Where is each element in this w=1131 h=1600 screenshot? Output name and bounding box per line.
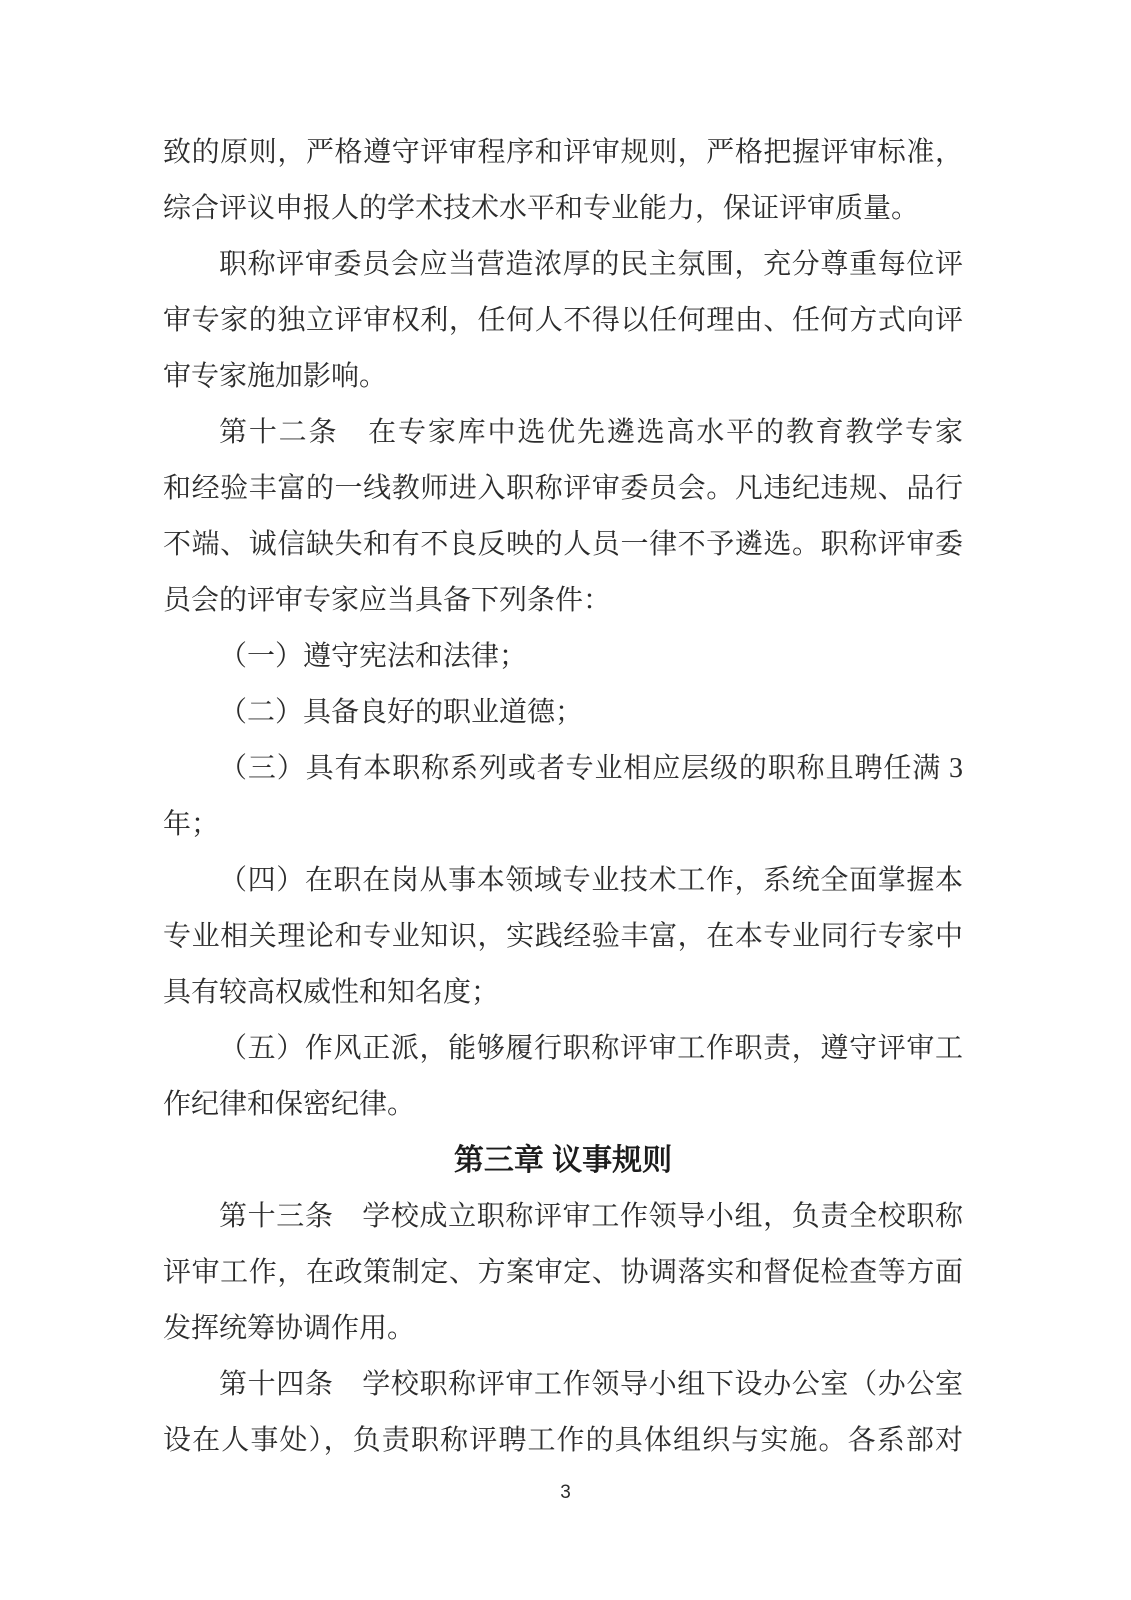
page-footer: 3 (0, 1482, 1131, 1504)
doc-line: 不端、诚信缺失和有不良反映的人员一律不予遴选。职称评审委 (163, 517, 963, 573)
doc-line-item-2: （二）具备良好的职业道德； (163, 685, 963, 741)
doc-line: 和经验丰富的一线教师进入职称评审委员会。凡违纪违规、品行 (163, 461, 963, 517)
doc-line: 员会的评审专家应当具备下列条件： (163, 573, 963, 629)
doc-line-item-5: （五）作风正派，能够履行职称评审工作职责，遵守评审工 (163, 1021, 963, 1077)
doc-line: 评审工作，在政策制定、方案审定、协调落实和督促检查等方面 (163, 1245, 963, 1301)
page-number: 3 (560, 1482, 571, 1503)
doc-line-item-4: （四）在职在岗从事本领域专业技术工作，系统全面掌握本 (163, 853, 963, 909)
document-text-block: 致的原则，严格遵守评审程序和评审规则，严格把握评审标准， 综合评议申报人的学术技… (163, 125, 963, 1469)
doc-line: 审专家施加影响。 (163, 349, 963, 405)
doc-line-article-14: 第十四条 学校职称评审工作领导小组下设办公室（办公室 (163, 1357, 963, 1413)
doc-line: 设在人事处），负责职称评聘工作的具体组织与实施。各系部对 (163, 1413, 963, 1469)
chapter-heading: 第三章 议事规则 (163, 1133, 963, 1189)
document-page: 致的原则，严格遵守评审程序和评审规则，严格把握评审标准， 综合评议申报人的学术技… (0, 0, 1131, 1600)
doc-line: 具有较高权威性和知名度； (163, 965, 963, 1021)
doc-line: 年； (163, 797, 963, 853)
doc-line: 专业相关理论和专业知识，实践经验丰富，在本专业同行专家中 (163, 909, 963, 965)
doc-line: 审专家的独立评审权利，任何人不得以任何理由、任何方式向评 (163, 293, 963, 349)
doc-line-item-3: （三）具有本职称系列或者专业相应层级的职称且聘任满 3 (163, 741, 963, 797)
doc-line-article-12: 第十二条 在专家库中选优先遴选高水平的教育教学专家 (163, 405, 963, 461)
doc-line: 作纪律和保密纪律。 (163, 1077, 963, 1133)
doc-line: 致的原则，严格遵守评审程序和评审规则，严格把握评审标准， (163, 125, 963, 181)
doc-line-item-1: （一）遵守宪法和法律； (163, 629, 963, 685)
doc-line: 综合评议申报人的学术技术水平和专业能力，保证评审质量。 (163, 181, 963, 237)
doc-line-article-13: 第十三条 学校成立职称评审工作领导小组，负责全校职称 (163, 1189, 963, 1245)
doc-line: 发挥统筹协调作用。 (163, 1301, 963, 1357)
doc-line: 职称评审委员会应当营造浓厚的民主氛围，充分尊重每位评 (163, 237, 963, 293)
